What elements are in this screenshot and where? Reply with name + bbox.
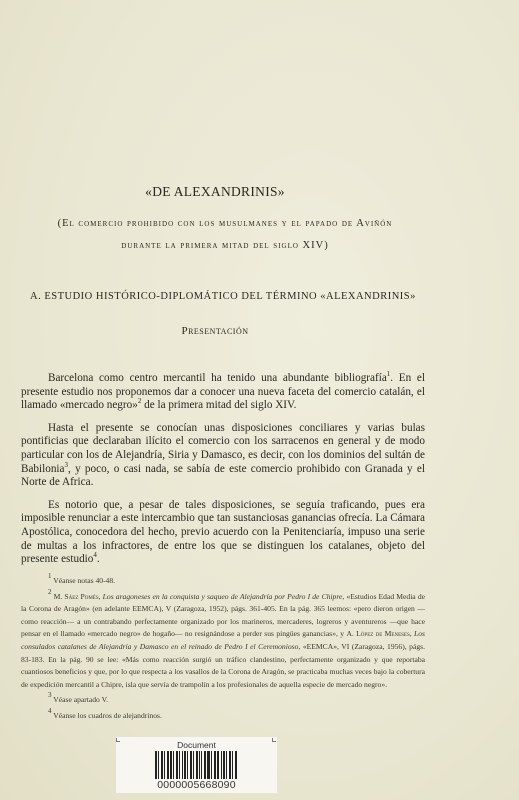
footnote-text: Véanse notas 40-48. [53, 576, 115, 585]
footnote-3: 3 Véase apartado V. [21, 694, 425, 707]
barcode-icon [141, 751, 253, 779]
footnote-4: 4 Véanse los cuadros de alejandrinos. [21, 710, 425, 723]
footnote-work-title: Los aragoneses en la conquista y saqueo … [103, 592, 345, 601]
paragraph-text: , y poco, o casi nada, se sabía de este … [21, 463, 425, 489]
footnote-text: Véase apartado V. [53, 695, 108, 704]
footnote-2: 2 M. Sáez Pomés, Los aragoneses en la co… [21, 591, 425, 692]
section-heading: A. ESTUDIO HISTÓRICO-DIPLOMÁTICO DEL TÉR… [30, 291, 450, 302]
paragraph-text: Barcelona como centro mercantil ha tenid… [48, 372, 387, 384]
subtitle-line-2: durante la primera mitad del siglo XIV) [20, 235, 430, 257]
paragraph-text: de la primera mitad del siglo XIV. [141, 399, 296, 411]
barcode-caption: Document [116, 740, 277, 750]
crop-mark-icon [272, 738, 276, 742]
footnote-1: 1 Véanse notas 40-48. [21, 575, 425, 588]
paragraph-3: Es notorio que, a pesar de tales disposi… [21, 499, 425, 567]
presentation-heading: Presentación [0, 325, 430, 337]
paragraph-1: Barcelona como centro mercantil ha tenid… [21, 372, 425, 413]
paragraph-text: . [97, 553, 100, 565]
paragraph-text: Es notorio que, a pesar de tales disposi… [21, 499, 425, 565]
footnote-number: 4 [48, 707, 52, 715]
article-subtitle: (El comercio prohibido con los musulmane… [20, 213, 430, 257]
footnote-author: A. López de Meneses, [346, 629, 411, 638]
footnote-number: 3 [48, 691, 52, 699]
footnote-author: M. Sáez Pomés, [54, 592, 101, 601]
footnote-number: 2 [48, 588, 52, 596]
barcode-number: 0000005668090 [116, 779, 277, 791]
paragraph-2: Hasta el presente se conocían unas dispo… [21, 422, 425, 490]
document-page: «DE ALEXANDRINIS» (El comercio prohibido… [0, 0, 519, 800]
footnote-number: 1 [48, 572, 52, 580]
footnotes: 1 Véanse notas 40-48. 2 M. Sáez Pomés, L… [21, 575, 425, 726]
subtitle-line-1: (El comercio prohibido con los musulmane… [20, 213, 430, 235]
footnote-text: Véanse los cuadros de alejandrinos. [53, 711, 162, 720]
crop-mark-icon [116, 738, 120, 742]
article-title: «DE ALEXANDRINIS» [0, 184, 430, 200]
body-text: Barcelona como centro mercantil ha tenid… [21, 372, 425, 576]
barcode-label: Document 0000005668090 [116, 737, 277, 793]
